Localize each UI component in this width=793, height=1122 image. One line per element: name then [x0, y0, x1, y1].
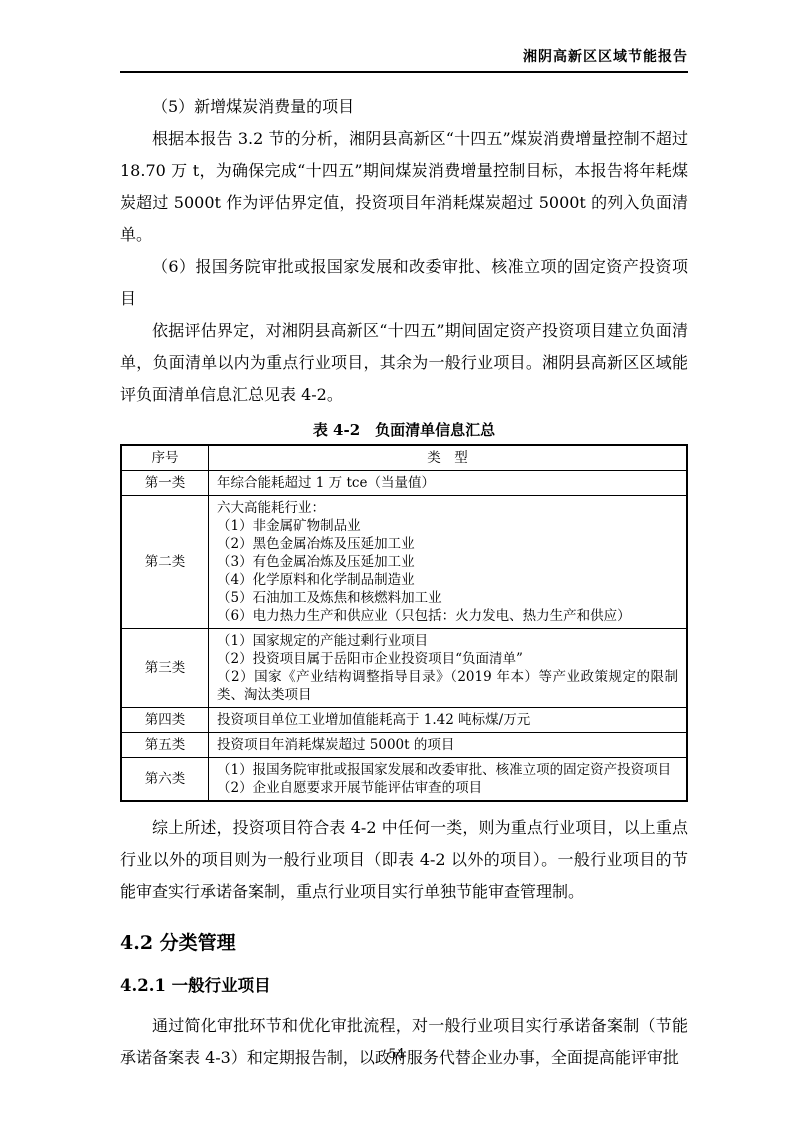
cell-line: 六大高能耗行业： [217, 499, 678, 517]
row-content: 投资项目年消耗煤炭超过 5000t 的项目 [209, 733, 688, 758]
row-content: 年综合能耗超过 1 万 tce（当量值） [209, 471, 688, 496]
row-content: 六大高能耗行业： （1）非金属矿物制品业 （2）黑色金属冶炼及压延加工业 （3）… [209, 496, 688, 629]
table-row-category-5: 第五类 投资项目年消耗煤炭超过 5000t 的项目 [121, 733, 687, 758]
row-label: 第一类 [121, 471, 209, 496]
cell-line: （2）国家《产业结构调整指导目录》（2019 年本）等产业政策规定的限制类、淘汰… [217, 668, 678, 704]
row-label: 第六类 [121, 758, 209, 802]
column-header-type: 类 型 [209, 445, 688, 471]
header-title: 湘阴高新区区域节能报告 [523, 49, 688, 65]
document-page: 湘阴高新区区域节能报告 （5）新增煤炭消费量的项目 根据本报告 3.2 节的分析… [0, 0, 793, 1122]
paragraph-item-6: （6）报国务院审批或报国家发展和改委审批、核准立项的固定资产投资项目 [120, 251, 688, 315]
paragraph-item-5: （5）新增煤炭消费量的项目 [120, 91, 688, 123]
paragraph-basis: 依据评估界定，对湘阴县高新区“十四五”期间固定资产投资项目建立负面清单，负面清单… [120, 315, 688, 411]
cell-line: （2）投资项目属于岳阳市企业投资项目“负面清单” [217, 650, 678, 668]
table-row-category-2: 第二类 六大高能耗行业： （1）非金属矿物制品业 （2）黑色金属冶炼及压延加工业… [121, 496, 687, 629]
table-header-row: 序号 类 型 [121, 445, 687, 471]
section-heading-4-2: 4.2 分类管理 [120, 930, 688, 956]
row-content: （1）报国务院审批或报国家发展和改委审批、核准立项的固定资产投资项目 （2）企业… [209, 758, 688, 802]
cell-line: （4）化学原料和化学制品制造业 [217, 571, 678, 589]
row-content: （1）国家规定的产能过剩行业项目 （2）投资项目属于岳阳市企业投资项目“负面清单… [209, 629, 688, 708]
cell-line: （2）黑色金属冶炼及压延加工业 [217, 535, 678, 553]
table-row-category-4: 第四类 投资项目单位工业增加值能耗高于 1.42 吨标煤/万元 [121, 708, 687, 733]
cell-line: （1）报国务院审批或报国家发展和改委审批、核准立项的固定资产投资项目 [217, 761, 678, 779]
table-row-category-3: 第三类 （1）国家规定的产能过剩行业项目 （2）投资项目属于岳阳市企业投资项目“… [121, 629, 687, 708]
cell-line: （1）国家规定的产能过剩行业项目 [217, 632, 678, 650]
column-header-seq: 序号 [121, 445, 209, 471]
row-label: 第三类 [121, 629, 209, 708]
row-label: 第五类 [121, 733, 209, 758]
paragraph-coal-analysis: 根据本报告 3.2 节的分析，湘阴县高新区“十四五”煤炭消费增量控制不超过 18… [120, 123, 688, 251]
row-content: 投资项目单位工业增加值能耗高于 1.42 吨标煤/万元 [209, 708, 688, 733]
table-row-category-1: 第一类 年综合能耗超过 1 万 tce（当量值） [121, 471, 687, 496]
paragraph-summary: 综上所述，投资项目符合表 4-2 中任何一类，则为重点行业项目，以上重点行业以外… [120, 812, 688, 908]
table-row-category-6: 第六类 （1）报国务院审批或报国家发展和改委审批、核准立项的固定资产投资项目 （… [121, 758, 687, 802]
cell-line: （1）非金属矿物制品业 [217, 517, 678, 535]
page-number: 54 [0, 1047, 793, 1062]
row-label: 第二类 [121, 496, 209, 629]
row-label: 第四类 [121, 708, 209, 733]
subsection-heading-4-2-1: 4.2.1 一般行业项目 [120, 974, 688, 998]
page-content: 湘阴高新区区域节能报告 （5）新增煤炭消费量的项目 根据本报告 3.2 节的分析… [120, 0, 688, 1074]
paragraph-general-projects: 通过简化审批环节和优化审批流程，对一般行业项目实行承诺备案制（节能承诺备案表 4… [120, 1010, 688, 1074]
table-caption: 表 4-2 负面清单信息汇总 [120, 418, 688, 442]
page-header: 湘阴高新区区域节能报告 [120, 0, 688, 73]
cell-line: （2）企业自愿要求开展节能评估审查的项目 [217, 779, 678, 797]
cell-line: （6）电力热力生产和供应业（只包括：火力发电、热力生产和供应） [217, 607, 678, 625]
cell-line: （5）石油加工及炼焦和核燃料加工业 [217, 589, 678, 607]
cell-line: （3）有色金属冶炼及压延加工业 [217, 553, 678, 571]
negative-list-table: 序号 类 型 第一类 年综合能耗超过 1 万 tce（当量值） 第二类 六大高能… [120, 444, 688, 802]
